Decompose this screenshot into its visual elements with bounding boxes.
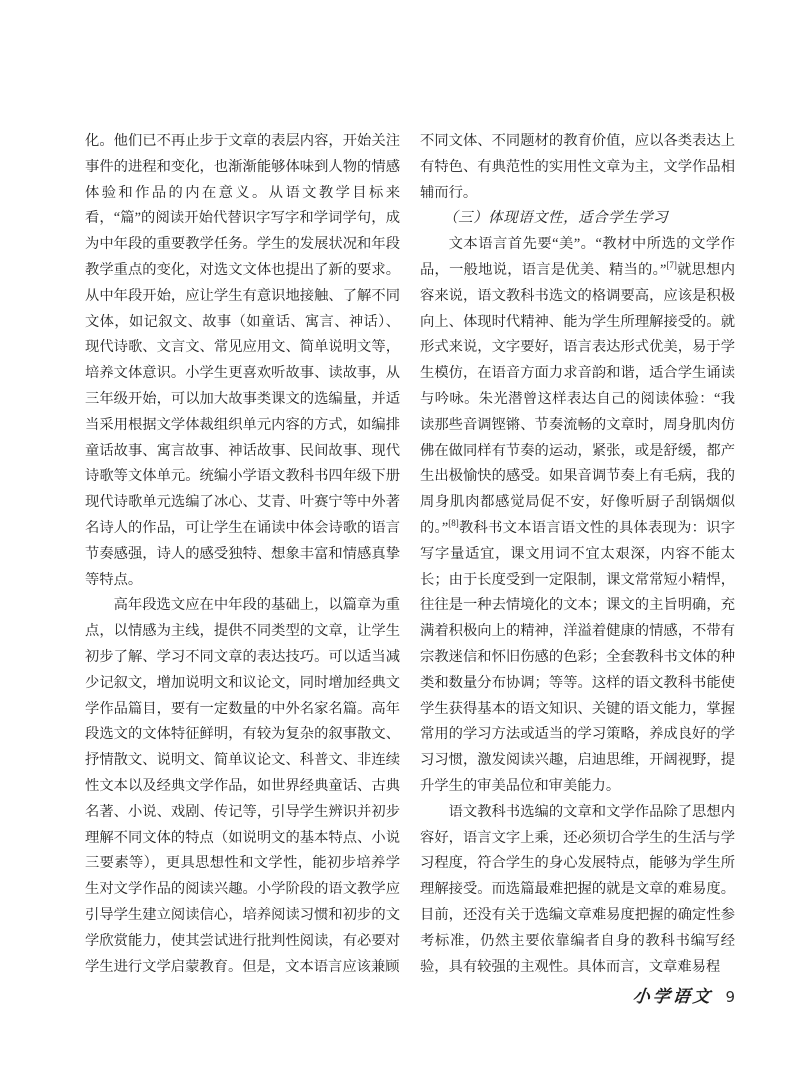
text-run: 不同文体、不同题材的教育价值，应以各类表达上有特色、有典范性的实用性文章为主，文… <box>420 133 735 201</box>
text-run: 语文教科书选编的文章和文学作品除了思想内容好，语言文字上乘，还必须切合学生的生活… <box>420 804 735 975</box>
page-number: 9 <box>725 988 735 1006</box>
right-text-column: 不同文体、不同题材的教育价值，应以各类表达上有特色、有典范性的实用性文章为主，文… <box>420 129 735 980</box>
body-paragraph: 高年段选文应在中年段的基础上，以篇章为重点，以情感为主线，提供不同类型的文章，让… <box>85 593 400 980</box>
text-run: 化。他们已不再止步于文章的表层内容，开始关注事件的进程和变化，也渐渐能够体味到人… <box>85 133 400 588</box>
body-paragraph: 化。他们已不再止步于文章的表层内容，开始关注事件的进程和变化，也渐渐能够体味到人… <box>85 129 400 593</box>
text-run: 就思想内容来说，语文教科书选文的格调要高，应该是积极向上、体现时代精神、能为学生… <box>420 262 735 536</box>
text-run: 教科书文本语言语文性的具体表现为：识字写字量适宜，课文用词不宜太艰深，内容不能太… <box>420 520 735 794</box>
body-paragraph: 不同文体、不同题材的教育价值，应以各类表达上有特色、有典范性的实用性文章为主，文… <box>420 129 735 206</box>
citation-reference: [7] <box>666 260 677 270</box>
text-run: 高年段选文应在中年段的基础上，以篇章为重点，以情感为主线，提供不同类型的文章，让… <box>85 597 400 974</box>
body-paragraph: 语文教科书选编的文章和文学作品除了思想内容好，语言文字上乘，还必须切合学生的生活… <box>420 800 735 981</box>
citation-reference: [8] <box>448 518 459 528</box>
page-footer: 小学语文9 <box>420 982 735 1007</box>
left-text-column: 化。他们已不再止步于文章的表层内容，开始关注事件的进程和变化，也渐渐能够体味到人… <box>85 129 400 980</box>
text-run: （三）体现语文性，适合学生学习 <box>443 210 668 226</box>
body-paragraph: 文本语言首先要“美”。“教材中所选的文学作品，一般地说，语言是优美、精当的。”[… <box>420 232 735 800</box>
journal-page: 化。他们已不再止步于文章的表层内容，开始关注事件的进程和变化，也渐渐能够体味到人… <box>0 0 800 1077</box>
section-heading: （三）体现语文性，适合学生学习 <box>420 206 735 232</box>
journal-title: 小学语文 <box>632 982 715 1007</box>
